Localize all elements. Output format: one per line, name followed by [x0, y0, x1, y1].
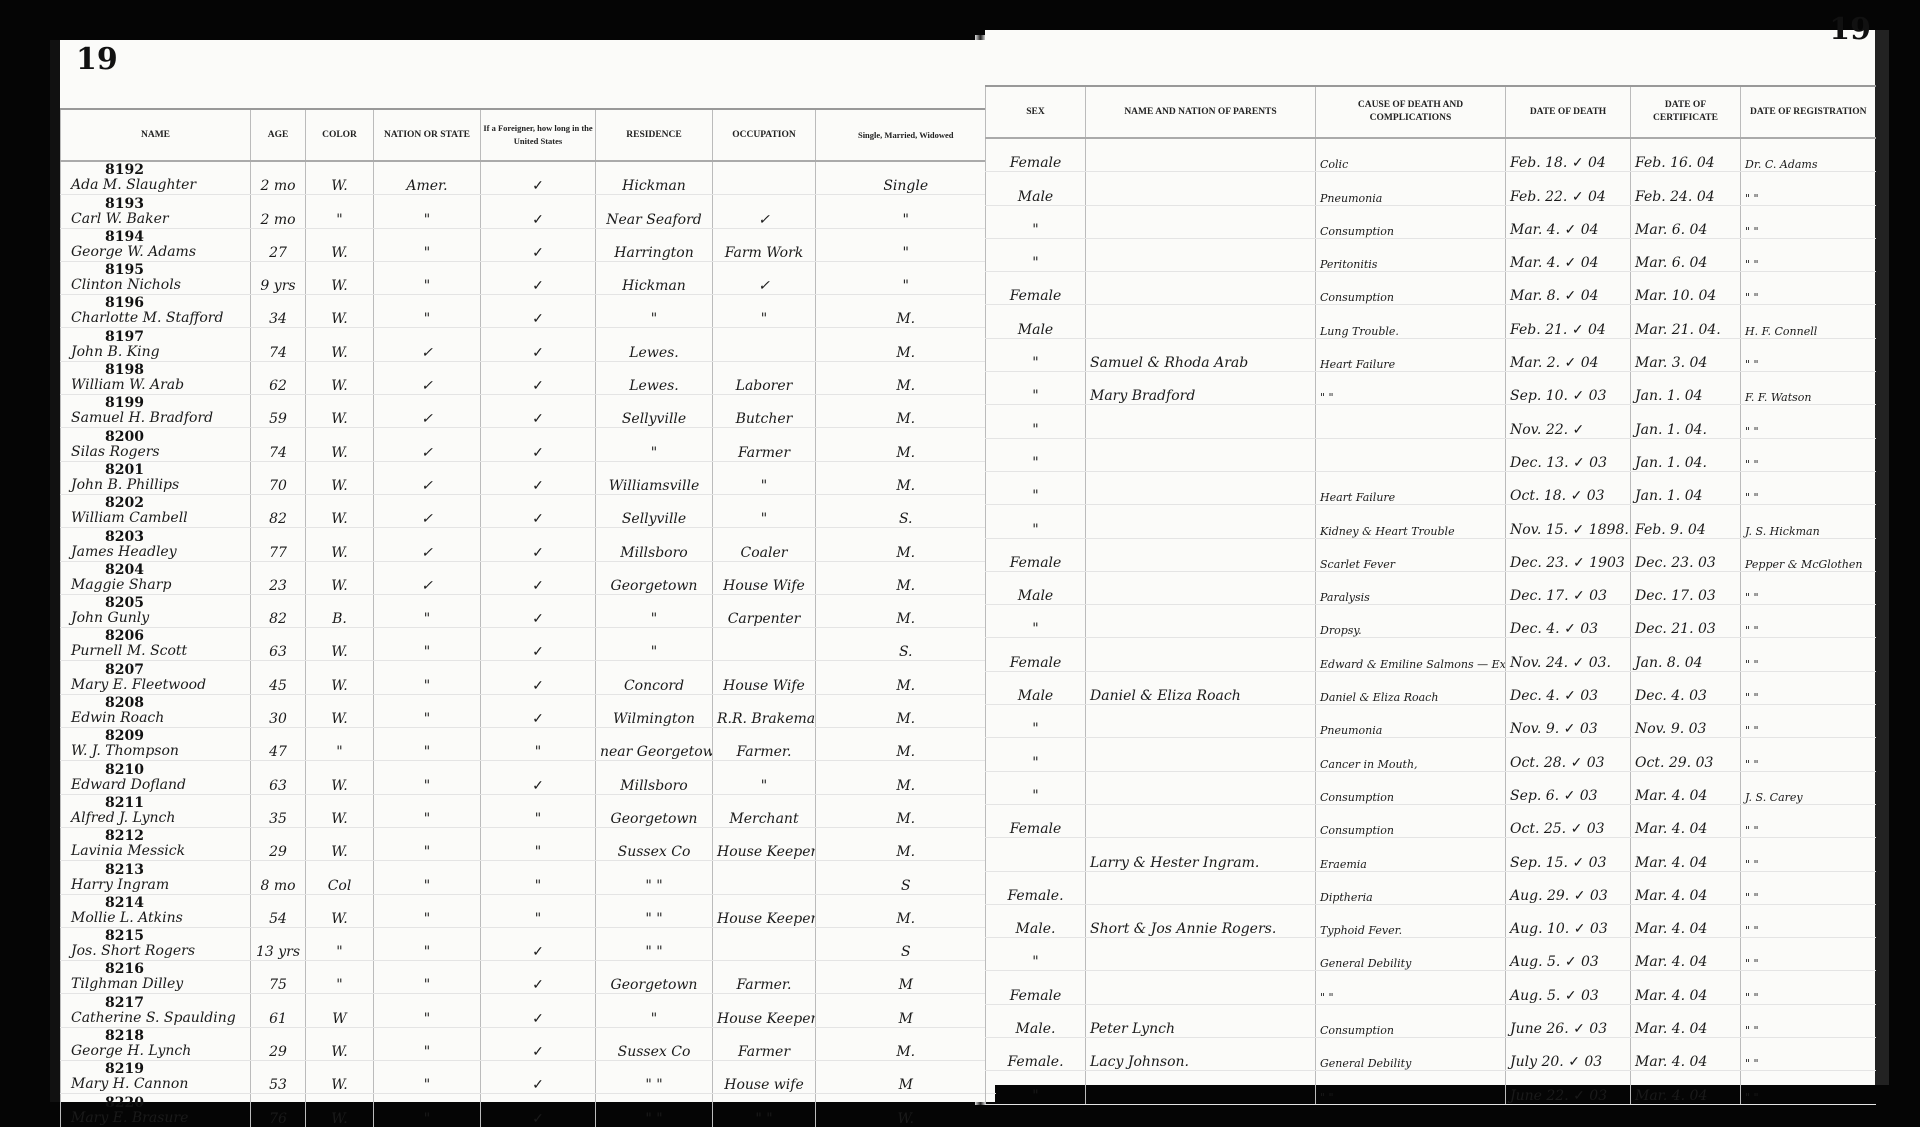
certificate-date: Mar. 6.	[1635, 222, 1685, 238]
record-number: 8218	[105, 1030, 246, 1042]
register-row-right: FemaleEdward & Emiline Salmons — Explosi…	[986, 638, 1876, 671]
register-row-left: 8219Mary H. Cannon53W."✓" "House wifeM	[61, 1061, 996, 1094]
date-of-death-cell: Dec. 4. ✓ 03	[1506, 671, 1631, 704]
name-cell: 8199Samuel H. Bradford	[61, 395, 251, 428]
cause-cell: Colic	[1316, 138, 1506, 172]
occupation-cell: Coaler	[713, 528, 816, 561]
certificate-date: Nov. 9.	[1635, 721, 1684, 737]
color-cell: W.	[306, 894, 374, 927]
age-cell: 76	[251, 1094, 306, 1127]
nation-cell: ✓	[374, 395, 481, 428]
check-mark-icon: ✓	[1572, 855, 1584, 871]
sex-cell: Male.	[986, 1004, 1086, 1037]
registrar-cell: " "	[1741, 1038, 1876, 1071]
register-row-right: FemaleScarlet FeverDec. 23. ✓ 1903Dec. 2…	[986, 538, 1876, 571]
nation-cell: ✓	[374, 461, 481, 494]
header-nation: NATION OR STATE	[374, 109, 481, 161]
sex-cell: "	[986, 938, 1086, 971]
residence-cell: Near Seaford	[596, 195, 713, 228]
date-of-certificate-cell: Feb. 24. 04	[1631, 172, 1741, 205]
date-of-certificate-cell: Mar. 4. 04	[1631, 904, 1741, 937]
nation-cell: "	[374, 195, 481, 228]
death-year: 03	[1589, 855, 1607, 871]
age-cell: 2 mo	[251, 161, 306, 195]
certificate-year: 03	[1696, 755, 1714, 771]
parents-cell	[1086, 505, 1316, 538]
register-row-left: 8217Catherine S. Spaulding61W"✓"House Ke…	[61, 994, 996, 1027]
registrar-cell: " "	[1741, 172, 1876, 205]
occupation-cell: " "	[713, 1094, 816, 1127]
registrar-cell: " "	[1741, 1004, 1876, 1037]
residence-cell: "	[596, 994, 713, 1027]
right-register-body: FemaleColicFeb. 18. ✓ 04Feb. 16. 04Dr. C…	[986, 138, 1876, 1104]
parents-cell: Lacy Johnson.	[1086, 1038, 1316, 1071]
parents-cell: Daniel & Eliza Roach	[1086, 671, 1316, 704]
marital-cell: S	[816, 927, 996, 960]
date-of-certificate-cell: Feb. 9. 04	[1631, 505, 1741, 538]
death-year: 03	[1590, 888, 1608, 904]
death-year: 03	[1580, 721, 1598, 737]
certificate-date: Mar. 3.	[1635, 355, 1685, 371]
name-cell: 8210Edward Dofland	[61, 761, 251, 794]
certificate-date: Mar. 4.	[1635, 988, 1685, 1004]
name-cell: 8193Carl W. Baker	[61, 195, 251, 228]
residence-cell: " "	[596, 1061, 713, 1094]
header-name: NAME	[61, 109, 251, 161]
death-date: Mar. 4.	[1510, 222, 1560, 238]
register-row-left: 8201John B. Phillips70W.✓✓Williamsville"…	[61, 461, 996, 494]
sex-cell: Female	[986, 804, 1086, 837]
color-cell: W.	[306, 295, 374, 328]
nation-cell: "	[374, 1094, 481, 1127]
cause-cell: " "	[1316, 372, 1506, 405]
certificate-date: Feb. 24.	[1635, 189, 1692, 205]
register-row-right: "PneumoniaNov. 9. ✓ 03Nov. 9. 03" "	[986, 705, 1876, 738]
occupation-cell: "	[713, 461, 816, 494]
name-cell: 8197John B. King	[61, 328, 251, 361]
sex-cell: "	[986, 205, 1086, 238]
age-cell: 75	[251, 961, 306, 994]
check-mark-icon: ✓	[1565, 954, 1577, 970]
certificate-date: Dec. 4.	[1635, 688, 1685, 704]
date-of-death-cell: Sep. 6. ✓ 03	[1506, 771, 1631, 804]
nation-cell: "	[374, 961, 481, 994]
register-row-left: 8203James Headley77W.✓✓MillsboroCoalerM.	[61, 528, 996, 561]
register-row-left: 8216Tilghman Dilley75""✓GeorgetownFarmer…	[61, 961, 996, 994]
age-cell: 23	[251, 561, 306, 594]
marital-cell: M.	[816, 728, 996, 761]
sex-cell: "	[986, 471, 1086, 504]
age-cell: 47	[251, 728, 306, 761]
register-row-left: 8206Purnell M. Scott63W."✓"S.	[61, 628, 996, 661]
sex-cell: Female.	[986, 1038, 1086, 1071]
color-cell: W.	[306, 827, 374, 860]
marital-cell: M.	[816, 328, 996, 361]
left-header-row: NAME AGE COLOR NATION OR STATE If a Fore…	[61, 109, 996, 161]
cause-cell: Daniel & Eliza Roach	[1316, 671, 1506, 704]
residence-cell: "	[596, 295, 713, 328]
register-row-left: 8202William Cambell82W.✓✓Sellyville"S.	[61, 494, 996, 527]
age-cell: 29	[251, 827, 306, 860]
death-date: Feb. 18.	[1510, 155, 1567, 171]
sex-cell: Male	[986, 571, 1086, 604]
date-of-certificate-cell: Dec. 4. 03	[1631, 671, 1741, 704]
parents-cell	[1086, 771, 1316, 804]
color-cell: W.	[306, 1027, 374, 1060]
nation-cell: ✓	[374, 361, 481, 394]
decedent-name: John Gunly	[65, 609, 246, 627]
certificate-year: 04	[1685, 388, 1703, 404]
right-page-number: 19	[1829, 12, 1871, 47]
sex-cell: Male.	[986, 904, 1086, 937]
occupation-cell: Carpenter	[713, 594, 816, 627]
certificate-year: 03	[1698, 621, 1716, 637]
registrar-cell: " "	[1741, 705, 1876, 738]
date-of-death-cell: Oct. 25. ✓ 03	[1506, 804, 1631, 837]
certificate-year: 03	[1698, 555, 1716, 571]
register-row-right: "Heart FailureOct. 18. ✓ 03Jan. 1. 04" "	[986, 471, 1876, 504]
death-date: Mar. 2.	[1510, 355, 1560, 371]
nation-cell: "	[374, 861, 481, 894]
death-date: Feb. 22.	[1510, 189, 1567, 205]
decedent-name: William W. Arab	[65, 376, 246, 394]
register-row-left: 8205John Gunly82B."✓"CarpenterM.	[61, 594, 996, 627]
death-year: 03	[1581, 988, 1599, 1004]
marital-cell: W.	[816, 1094, 996, 1127]
residence-cell: Sussex Co	[596, 827, 713, 860]
death-year: 03	[1587, 821, 1605, 837]
register-row-right: "ConsumptionSep. 6. ✓ 03Mar. 4. 04J. S. …	[986, 771, 1876, 804]
certificate-date: Jan. 1.	[1635, 388, 1680, 404]
date-of-death-cell: Feb. 21. ✓ 04	[1506, 305, 1631, 338]
certificate-year: 04.	[1685, 422, 1707, 438]
parents-cell	[1086, 305, 1316, 338]
registrar-cell: " "	[1741, 804, 1876, 837]
record-number: 8203	[105, 531, 246, 543]
nation-cell: "	[374, 994, 481, 1027]
record-number: 8196	[105, 297, 246, 309]
name-cell: 8209W. J. Thompson	[61, 728, 251, 761]
registrar-cell: " "	[1741, 871, 1876, 904]
certificate-year: 04	[1690, 1054, 1708, 1070]
registrar-cell: H. F. Connell	[1741, 305, 1876, 338]
decedent-name: Harry Ingram	[65, 876, 246, 894]
date-of-death-cell: Sep. 15. ✓ 03	[1506, 838, 1631, 871]
record-number: 8207	[105, 664, 246, 676]
marital-cell: M.	[816, 395, 996, 428]
color-cell: W.	[306, 1061, 374, 1094]
name-cell: 8207Mary E. Fleetwood	[61, 661, 251, 694]
occupation-cell: Farmer.	[713, 728, 816, 761]
record-number: 8199	[105, 397, 246, 409]
cause-cell: Pneumonia	[1316, 172, 1506, 205]
register-row-left: 8215Jos. Short Rogers13 yrs""✓" "S	[61, 927, 996, 960]
age-cell: 45	[251, 661, 306, 694]
death-year: 04	[1588, 189, 1606, 205]
nation-cell: "	[374, 661, 481, 694]
parents-cell	[1086, 871, 1316, 904]
nation-cell: ✓	[374, 328, 481, 361]
check-mark-icon: ✓	[1572, 388, 1584, 404]
death-year: 03	[1581, 954, 1599, 970]
date-of-death-cell: June 22. ✓ 03	[1506, 1071, 1631, 1104]
register-row-right: FemaleColicFeb. 18. ✓ 04Feb. 16. 04Dr. C…	[986, 138, 1876, 172]
residence-cell: " "	[596, 894, 713, 927]
record-number: 8214	[105, 897, 246, 909]
date-of-certificate-cell: Dec. 23. 03	[1631, 538, 1741, 571]
occupation-cell: Farmer	[713, 1027, 816, 1060]
death-year: 03	[1589, 1021, 1607, 1037]
date-of-certificate-cell: Dec. 17. 03	[1631, 571, 1741, 604]
decedent-name: Edward Dofland	[65, 776, 246, 794]
certificate-date: Mar. 4.	[1635, 788, 1685, 804]
age-cell: 2 mo	[251, 195, 306, 228]
record-number: 8206	[105, 630, 246, 642]
marital-cell: M.	[816, 528, 996, 561]
death-date: Aug. 10.	[1510, 921, 1569, 937]
certificate-date: Mar. 4.	[1635, 888, 1685, 904]
date-of-death-cell: Feb. 18. ✓ 04	[1506, 138, 1631, 172]
decedent-name: Ada M. Slaughter	[65, 176, 246, 194]
register-row-right: MaleDaniel & Eliza RoachDaniel & Eliza R…	[986, 671, 1876, 704]
register-row-right: "Mary Bradford" "Sep. 10. ✓ 03Jan. 1. 04…	[986, 372, 1876, 405]
nation-cell: "	[374, 261, 481, 294]
residence-cell: Wilmington	[596, 694, 713, 727]
color-cell: W.	[306, 361, 374, 394]
cause-cell: Consumption	[1316, 1004, 1506, 1037]
parents-cell	[1086, 804, 1316, 837]
death-date: Nov. 9.	[1510, 721, 1559, 737]
foreigner-cell: ✓	[481, 261, 596, 294]
death-year: 03	[1589, 455, 1607, 471]
parents-cell: Peter Lynch	[1086, 1004, 1316, 1037]
header-date-certificate: DATE OF CERTIFICATE	[1631, 86, 1741, 138]
cause-cell: General Debility	[1316, 1038, 1506, 1071]
certificate-date: Feb. 9.	[1635, 522, 1683, 538]
nation-cell: "	[374, 728, 481, 761]
certificate-date: Mar. 4.	[1635, 954, 1685, 970]
color-cell: "	[306, 195, 374, 228]
decedent-name: Purnell M. Scott	[65, 642, 246, 660]
registrar-cell: " "	[1741, 405, 1876, 438]
foreigner-cell: "	[481, 827, 596, 860]
certificate-date: Mar. 4.	[1635, 1021, 1685, 1037]
residence-cell: Hickman	[596, 161, 713, 195]
residence-cell: Georgetown	[596, 794, 713, 827]
color-cell: W.	[306, 161, 374, 195]
residence-cell: near Georgetown	[596, 728, 713, 761]
right-page: 19 SEX NAME AND NATION OF PARENTS CAUSE …	[985, 30, 1889, 1085]
parents-cell	[1086, 438, 1316, 471]
death-year: 1898.	[1589, 522, 1629, 538]
decedent-name: Charlotte M. Stafford	[65, 309, 246, 327]
marital-cell: S	[816, 861, 996, 894]
decedent-name: John B. King	[65, 343, 246, 361]
check-mark-icon: ✓	[1565, 255, 1577, 271]
register-row-left: 8212Lavinia Messick29W.""Sussex CoHouse …	[61, 827, 996, 860]
residence-cell: "	[596, 428, 713, 461]
register-row-right: Female.Lacy Johnson.General DebilityJuly…	[986, 1038, 1876, 1071]
marital-cell: M	[816, 961, 996, 994]
sex-cell: Female	[986, 638, 1086, 671]
color-cell: W.	[306, 628, 374, 661]
left-page-number: 19	[76, 42, 118, 77]
registrar-cell: " "	[1741, 938, 1876, 971]
death-year: 04	[1581, 288, 1599, 304]
date-of-certificate-cell: Mar. 4. 04	[1631, 804, 1741, 837]
register-row-right: MalePneumoniaFeb. 22. ✓ 04Feb. 24. 04" "	[986, 172, 1876, 205]
death-date: July 20.	[1510, 1054, 1564, 1070]
record-number: 8201	[105, 464, 246, 476]
decedent-name: Silas Rogers	[65, 443, 246, 461]
marital-cell: M	[816, 1061, 996, 1094]
death-year: 03	[1587, 755, 1605, 771]
date-of-death-cell: June 26. ✓ 03	[1506, 1004, 1631, 1037]
occupation-cell: R.R. Brakeman	[713, 694, 816, 727]
death-date: Nov. 22.	[1510, 422, 1568, 438]
death-year: 03	[1589, 588, 1607, 604]
date-of-certificate-cell: Mar. 4. 04	[1631, 971, 1741, 1004]
death-date: Dec. 23.	[1510, 555, 1569, 571]
register-row-right: Male.Short & Jos Annie Rogers.Typhoid Fe…	[986, 904, 1876, 937]
sex-cell: "	[986, 372, 1086, 405]
foreigner-cell: ✓	[481, 528, 596, 561]
death-date: Sep. 10.	[1510, 388, 1568, 404]
age-cell: 74	[251, 428, 306, 461]
certificate-year: 03	[1689, 721, 1707, 737]
certificate-year: 04	[1690, 821, 1708, 837]
register-row-left: 8211Alfred J. Lynch35W.""GeorgetownMerch…	[61, 794, 996, 827]
certificate-year: 04	[1690, 921, 1708, 937]
occupation-cell: House Keeper	[713, 894, 816, 927]
occupation-cell: "	[713, 494, 816, 527]
register-row-left: 8197John B. King74W.✓✓Lewes.M.	[61, 328, 996, 361]
registrar-cell: Dr. C. Adams	[1741, 138, 1876, 172]
decedent-name: George W. Adams	[65, 243, 246, 261]
residence-cell: Millsboro	[596, 528, 713, 561]
name-cell: 8216Tilghman Dilley	[61, 961, 251, 994]
name-cell: 8218George H. Lynch	[61, 1027, 251, 1060]
parents-cell	[1086, 971, 1316, 1004]
parents-cell	[1086, 938, 1316, 971]
record-number: 8193	[105, 198, 246, 210]
name-cell: 8196Charlotte M. Stafford	[61, 295, 251, 328]
certificate-year: 04	[1685, 488, 1703, 504]
date-of-certificate-cell: Jan. 8. 04	[1631, 638, 1741, 671]
nation-cell: "	[374, 1061, 481, 1094]
occupation-cell: House Wife	[713, 561, 816, 594]
registrar-cell: " "	[1741, 471, 1876, 504]
age-cell: 82	[251, 494, 306, 527]
header-cause: CAUSE OF DEATH AND COMPLICATIONS	[1316, 86, 1506, 138]
registrar-cell: J. S. Hickman	[1741, 505, 1876, 538]
date-of-certificate-cell: Jan. 1. 04	[1631, 471, 1741, 504]
header-color: COLOR	[306, 109, 374, 161]
date-of-certificate-cell: Dec. 21. 03	[1631, 605, 1741, 638]
name-cell: 8219Mary H. Cannon	[61, 1061, 251, 1094]
registrar-cell: " "	[1741, 272, 1876, 305]
color-cell: W.	[306, 461, 374, 494]
occupation-cell	[713, 861, 816, 894]
death-year: 03	[1590, 921, 1608, 937]
check-mark-icon: ✓	[1573, 588, 1585, 604]
name-cell: 8211Alfred J. Lynch	[61, 794, 251, 827]
cause-cell: Diptheria	[1316, 871, 1506, 904]
decedent-name: Maggie Sharp	[65, 576, 246, 594]
sex-cell: Female	[986, 272, 1086, 305]
check-mark-icon: ✓	[1571, 488, 1583, 504]
death-year: 1903	[1589, 555, 1625, 571]
register-row-left: 8198William W. Arab62W.✓✓Lewes.LaborerM.	[61, 361, 996, 394]
record-number: 8216	[105, 963, 246, 975]
occupation-cell: House Wife	[713, 661, 816, 694]
certificate-year: 04	[1690, 1088, 1708, 1104]
register-row-right: "Cancer in Mouth,Oct. 28. ✓ 03Oct. 29. 0…	[986, 738, 1876, 771]
header-occupation: OCCUPATION	[713, 109, 816, 161]
foreigner-cell: ✓	[481, 927, 596, 960]
parents-cell	[1086, 1071, 1316, 1104]
cause-cell: Heart Failure	[1316, 471, 1506, 504]
color-cell: B.	[306, 594, 374, 627]
date-of-death-cell: Aug. 10. ✓ 03	[1506, 904, 1631, 937]
registrar-cell: " "	[1741, 838, 1876, 871]
record-number: 8217	[105, 997, 246, 1009]
date-of-certificate-cell: Mar. 6. 04	[1631, 238, 1741, 271]
name-cell: 8192Ada M. Slaughter	[61, 161, 251, 195]
registrar-cell: J. S. Carey	[1741, 771, 1876, 804]
cause-cell: Edward & Emiline Salmons — Explosion on …	[1316, 638, 1506, 671]
residence-cell: Harrington	[596, 228, 713, 261]
age-cell: 82	[251, 594, 306, 627]
occupation-cell: Butcher	[713, 395, 816, 428]
death-date: June 22.	[1510, 1088, 1569, 1104]
register-row-left: 8220Mary E. Brasure76W."✓" "" "W.	[61, 1094, 996, 1127]
date-of-certificate-cell: Mar. 4. 04	[1631, 1004, 1741, 1037]
date-of-death-cell: Nov. 9. ✓ 03	[1506, 705, 1631, 738]
date-of-death-cell: Nov. 15. ✓ 1898.	[1506, 505, 1631, 538]
color-cell: Col	[306, 861, 374, 894]
occupation-cell: "	[713, 761, 816, 794]
record-number: 8219	[105, 1063, 246, 1075]
header-residence: RESIDENCE	[596, 109, 713, 161]
parents-cell: Short & Jos Annie Rogers.	[1086, 904, 1316, 937]
date-of-death-cell: Mar. 8. ✓ 04	[1506, 272, 1631, 305]
name-cell: 8214Mollie L. Atkins	[61, 894, 251, 927]
register-row-left: 8200Silas Rogers74W.✓✓"FarmerM.	[61, 428, 996, 461]
certificate-year: 04	[1690, 1021, 1708, 1037]
parents-cell	[1086, 705, 1316, 738]
parents-cell	[1086, 738, 1316, 771]
death-date: Dec. 17.	[1510, 588, 1569, 604]
record-number: 8195	[105, 264, 246, 276]
name-cell: 8213Harry Ingram	[61, 861, 251, 894]
nation-cell: ✓	[374, 428, 481, 461]
decedent-name: Jos. Short Rogers	[65, 942, 246, 960]
color-cell: W.	[306, 694, 374, 727]
foreigner-cell: ✓	[481, 161, 596, 195]
death-date: Mar. 4.	[1510, 255, 1560, 271]
certificate-year: 04	[1690, 888, 1708, 904]
nation-cell: ✓	[374, 561, 481, 594]
death-year: 03	[1580, 621, 1598, 637]
decedent-name: Mary E. Fleetwood	[65, 676, 246, 694]
certificate-date: Jan. 8.	[1635, 655, 1680, 671]
name-cell: 8201John B. Phillips	[61, 461, 251, 494]
age-cell: 59	[251, 395, 306, 428]
occupation-cell: House Keeper	[713, 827, 816, 860]
date-of-death-cell: Dec. 23. ✓ 1903	[1506, 538, 1631, 571]
date-of-death-cell: Aug. 29. ✓ 03	[1506, 871, 1631, 904]
